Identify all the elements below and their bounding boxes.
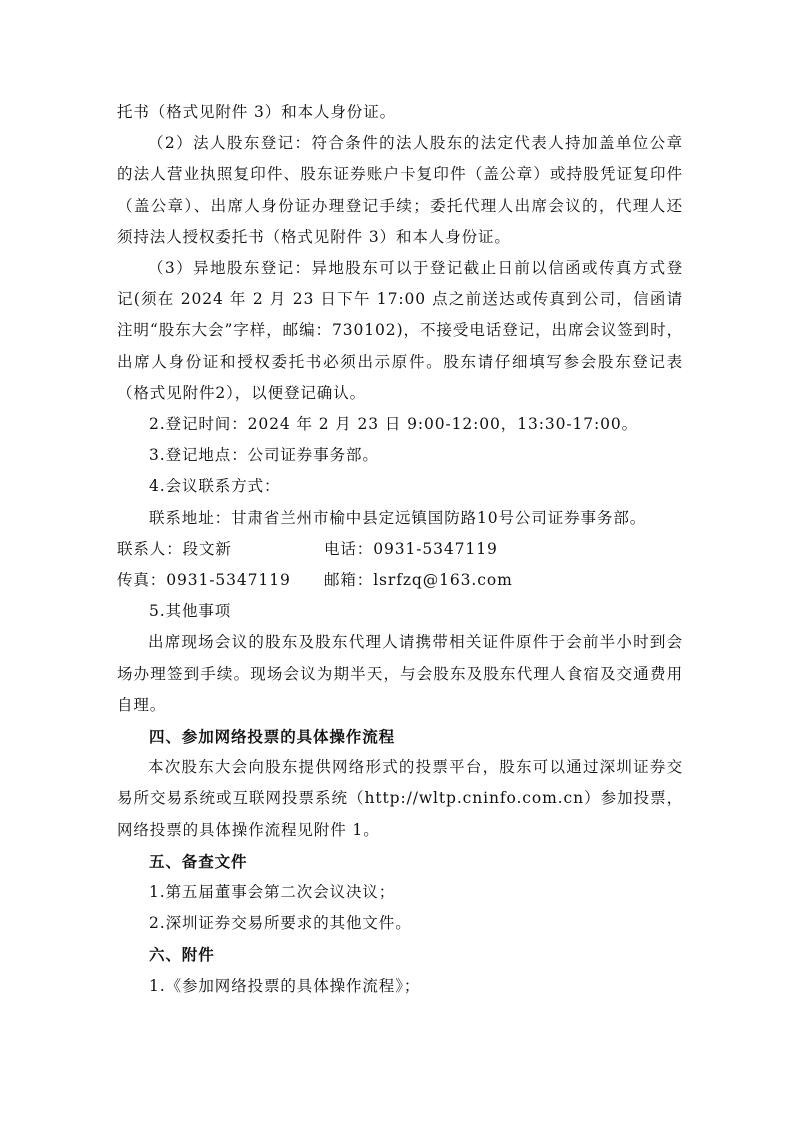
- registration-time: 2.登记时间：2024 年 2 月 23 日 9:00-12:00，13:30-…: [117, 409, 683, 440]
- section-5-title: 五、备查文件: [117, 846, 683, 877]
- paragraph-legal-person-registration: （2）法人股东登记：符合条件的法人股东的法定代表人持加盖单位公章的法人营业执照复…: [117, 128, 683, 253]
- contact-heading: 4.会议联系方式：: [117, 471, 683, 502]
- contact-row-fax-email: 传真：0931-5347119 邮箱：lsrfzq@163.com: [117, 565, 683, 596]
- paragraph-continuation: 托书（格式见附件 3）和本人身份证。: [117, 97, 683, 128]
- contact-email: 邮箱：lsrfzq@163.com: [324, 565, 513, 596]
- registration-place: 3.登记地点：公司证券事务部。: [117, 440, 683, 471]
- section-5-item: 2.深圳证券交易所要求的其他文件。: [117, 908, 683, 939]
- contact-phone: 电话：0931-5347119: [324, 534, 498, 565]
- other-matters-text: 出席现场会议的股东及股东代理人请携带相关证件原件于会前半小时到会场办理签到手续。…: [117, 627, 683, 721]
- section-4-text: 本次股东大会向股东提供网络形式的投票平台，股东可以通过深圳证券交易所交易系统或互…: [117, 752, 683, 846]
- section-6-item: 1.《参加网络投票的具体操作流程》；: [117, 971, 683, 1002]
- contact-fax: 传真：0931-5347119: [117, 565, 324, 596]
- section-4-title: 四、参加网络投票的具体操作流程: [117, 721, 683, 752]
- contact-row-person-phone: 联系人：段文新 电话：0931-5347119: [117, 534, 683, 565]
- paragraph-remote-registration: （3）异地股东登记：异地股东可以于登记截止日前以信函或传真方式登记(须在 202…: [117, 253, 683, 409]
- contact-person: 联系人：段文新: [117, 534, 324, 565]
- document-page: 托书（格式见附件 3）和本人身份证。 （2）法人股东登记：符合条件的法人股东的法…: [117, 97, 683, 1002]
- section-6-title: 六、附件: [117, 939, 683, 970]
- contact-address: 联系地址：甘肃省兰州市榆中县定远镇国防路10号公司证券事务部。: [117, 503, 683, 534]
- other-matters-heading: 5.其他事项: [117, 596, 683, 627]
- section-5-item: 1.第五届董事会第二次会议决议；: [117, 877, 683, 908]
